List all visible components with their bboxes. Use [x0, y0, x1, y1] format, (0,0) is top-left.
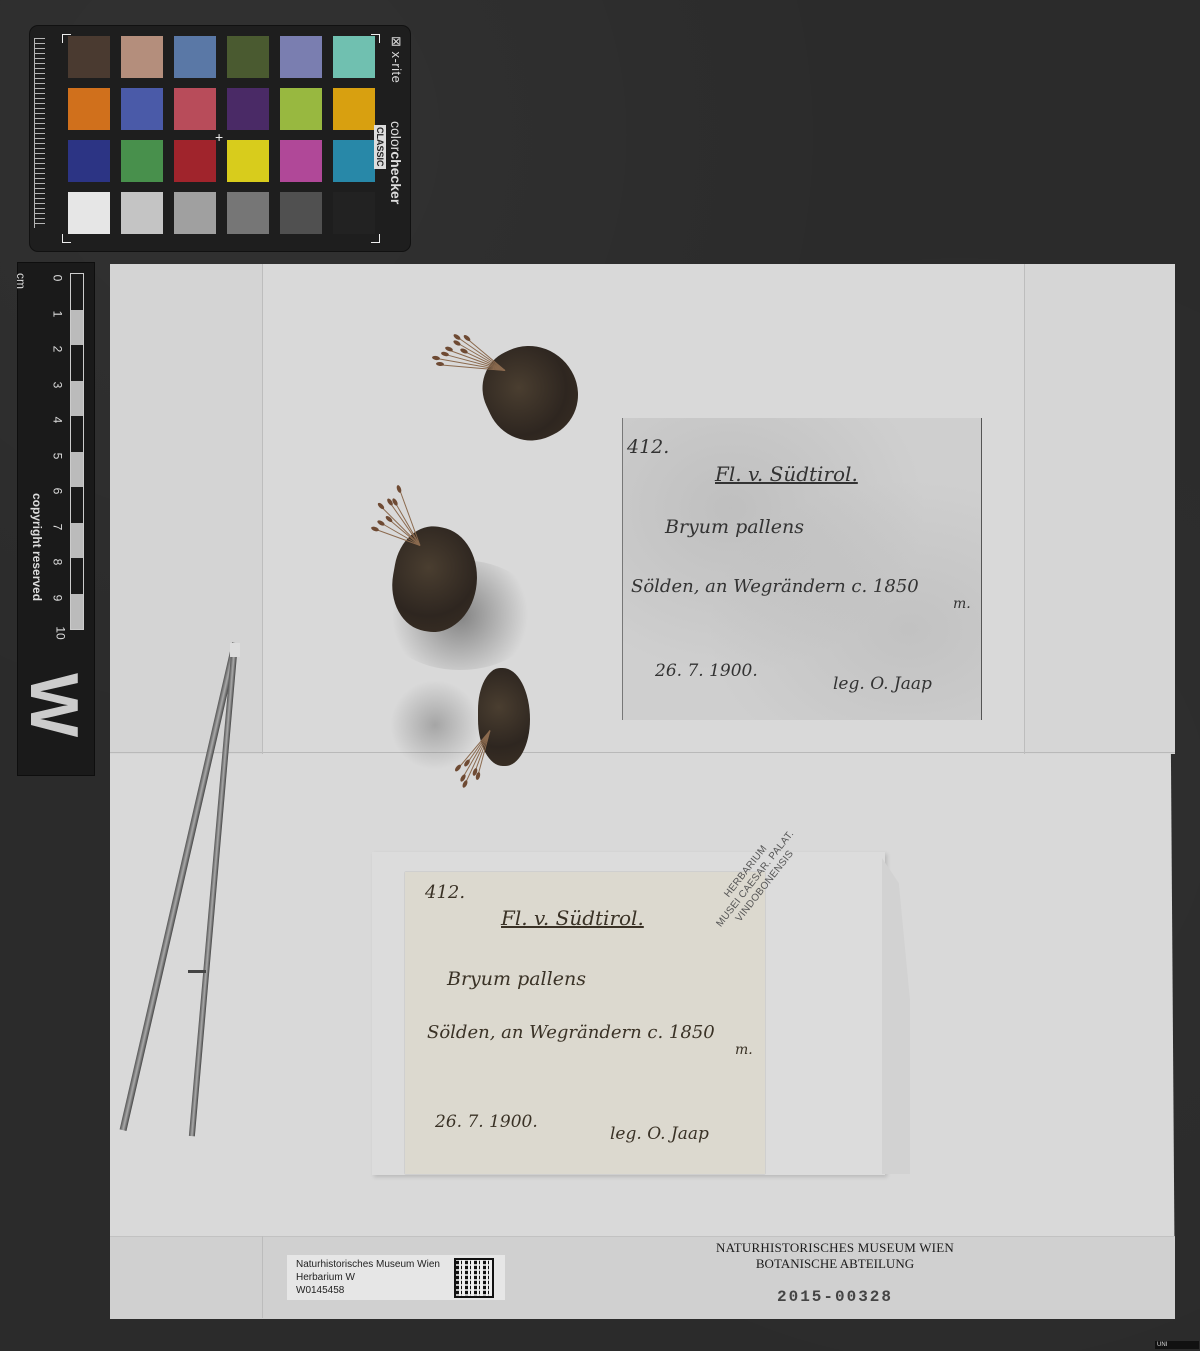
- scale-segment: [71, 558, 83, 594]
- color-checker-card: + ⊠ x-rite colorchecker CLASSIC: [30, 26, 410, 251]
- scale-tick-label: 0: [50, 275, 64, 282]
- paper-fold-right: [1025, 264, 1175, 754]
- scale-unit: cm: [14, 273, 28, 289]
- barcode-label: Naturhistorisches Museum Wien Herbarium …: [287, 1255, 505, 1300]
- tweezer-pin: [188, 970, 206, 973]
- color-patch: [333, 140, 375, 182]
- scale-tick-label: 10: [54, 626, 68, 639]
- crosshair-icon: +: [215, 130, 223, 144]
- color-patch: [280, 192, 322, 234]
- scale-tick-label: 6: [50, 488, 64, 495]
- scale-segment: [71, 487, 83, 523]
- mm-ruler: [34, 38, 45, 228]
- color-patch: [174, 192, 216, 234]
- label-number: 412.: [425, 882, 465, 903]
- color-patch: [68, 88, 110, 130]
- scale-tick-label: 9: [50, 594, 64, 601]
- color-patch: [121, 140, 163, 182]
- scale-tick-label: 2: [50, 346, 64, 353]
- color-patch: [121, 88, 163, 130]
- color-patch: [333, 36, 375, 78]
- color-patch: [227, 140, 269, 182]
- label-title: Fl. v. Südtirol.: [501, 906, 644, 930]
- label-locality: Sölden, an Wegrändern c. 1850: [631, 576, 919, 597]
- label-date: 26. 7. 1900.: [655, 661, 758, 681]
- label-title: Fl. v. Südtirol.: [715, 462, 858, 486]
- label-unit: m.: [735, 1042, 753, 1058]
- scale-segment: [71, 594, 83, 630]
- product-bold: checker: [388, 151, 404, 204]
- scale-segment: [71, 416, 83, 452]
- brand-text: x-rite: [389, 52, 404, 84]
- sheet-bottom-band: [110, 1236, 1175, 1319]
- color-patch: [333, 88, 375, 130]
- moss-clump: [478, 668, 530, 766]
- scale-tick-label: 3: [50, 381, 64, 388]
- color-patch: [68, 192, 110, 234]
- scale-segment: [71, 345, 83, 381]
- corner-mark-icon: [62, 34, 71, 43]
- xrite-brand: ⊠ x-rite: [389, 36, 404, 83]
- color-patch: [174, 36, 216, 78]
- scale-segment: [71, 310, 83, 346]
- label-collector: leg. O. Jaap: [833, 674, 932, 694]
- color-patch: [121, 36, 163, 78]
- scale-bar: cm 012345678910 copyright reserved W: [18, 263, 94, 775]
- label-unit: m.: [953, 596, 971, 612]
- scale-tick-label: 1: [50, 310, 64, 317]
- scale-segment: [71, 381, 83, 417]
- scale-tick-label: 7: [50, 523, 64, 530]
- color-patch: [280, 88, 322, 130]
- color-patch: [174, 88, 216, 130]
- classic-badge: CLASSIC: [374, 125, 386, 169]
- scale-tick-label: 5: [50, 452, 64, 459]
- barcode-herbarium: Herbarium W: [296, 1272, 355, 1284]
- color-patch: [280, 140, 322, 182]
- scale-segment: [71, 274, 83, 310]
- color-patch: [227, 192, 269, 234]
- corner-logo: UNI: [1155, 1341, 1199, 1349]
- label-photocopy: 412. Fl. v. Südtirol. Bryum pallens Söld…: [622, 418, 982, 720]
- paper-fold-left: [110, 264, 262, 754]
- fold-line: [262, 264, 263, 754]
- scale-numbers: 012345678910: [54, 271, 68, 641]
- color-patch: [227, 88, 269, 130]
- institution-name: NATURHISTORISCHES MUSEUM WIEN: [690, 1240, 980, 1256]
- color-patch: [68, 36, 110, 78]
- institution-department: BOTANISCHE ABTEILUNG: [690, 1256, 980, 1272]
- label-number: 412.: [627, 436, 669, 458]
- corner-mark-icon: [62, 234, 71, 243]
- scale-segment: [71, 523, 83, 559]
- corner-mark-icon: [371, 34, 380, 43]
- color-patch: [121, 192, 163, 234]
- label-taxon: Bryum pallens: [447, 968, 586, 990]
- qr-code-icon: [454, 1258, 494, 1298]
- copyright-text: copyright reserved: [30, 493, 44, 601]
- tweezer-head: [230, 643, 240, 657]
- label-taxon: Bryum pallens: [665, 516, 804, 538]
- color-patch: [68, 140, 110, 182]
- color-patch: [174, 140, 216, 182]
- barcode-institution: Naturhistorisches Museum Wien: [296, 1259, 440, 1271]
- colorchecker-brand: colorchecker CLASSIC: [372, 121, 404, 251]
- label-locality: Sölden, an Wegrändern c. 1850: [427, 1022, 715, 1043]
- scale-segment: [71, 452, 83, 488]
- color-patch: [280, 36, 322, 78]
- scale-tick-label: 8: [50, 559, 64, 566]
- fold-line: [1024, 264, 1025, 754]
- barcode-id: W0145458: [296, 1285, 344, 1297]
- color-patch: [227, 36, 269, 78]
- w-logo: W: [14, 673, 94, 733]
- institution-stamp: NATURHISTORISCHES MUSEUM WIEN BOTANISCHE…: [690, 1240, 980, 1306]
- label-collector: leg. O. Jaap: [610, 1124, 709, 1144]
- scale-segments: [70, 273, 84, 630]
- color-patch: [333, 192, 375, 234]
- product-prefix: color: [388, 121, 404, 151]
- fold-line: [110, 752, 1175, 753]
- accession-number: 2015-00328: [690, 1288, 980, 1306]
- fold-line: [262, 1236, 263, 1318]
- label-date: 26. 7. 1900.: [435, 1112, 538, 1132]
- corner-mark-icon: [371, 234, 380, 243]
- scale-tick-label: 4: [50, 417, 64, 424]
